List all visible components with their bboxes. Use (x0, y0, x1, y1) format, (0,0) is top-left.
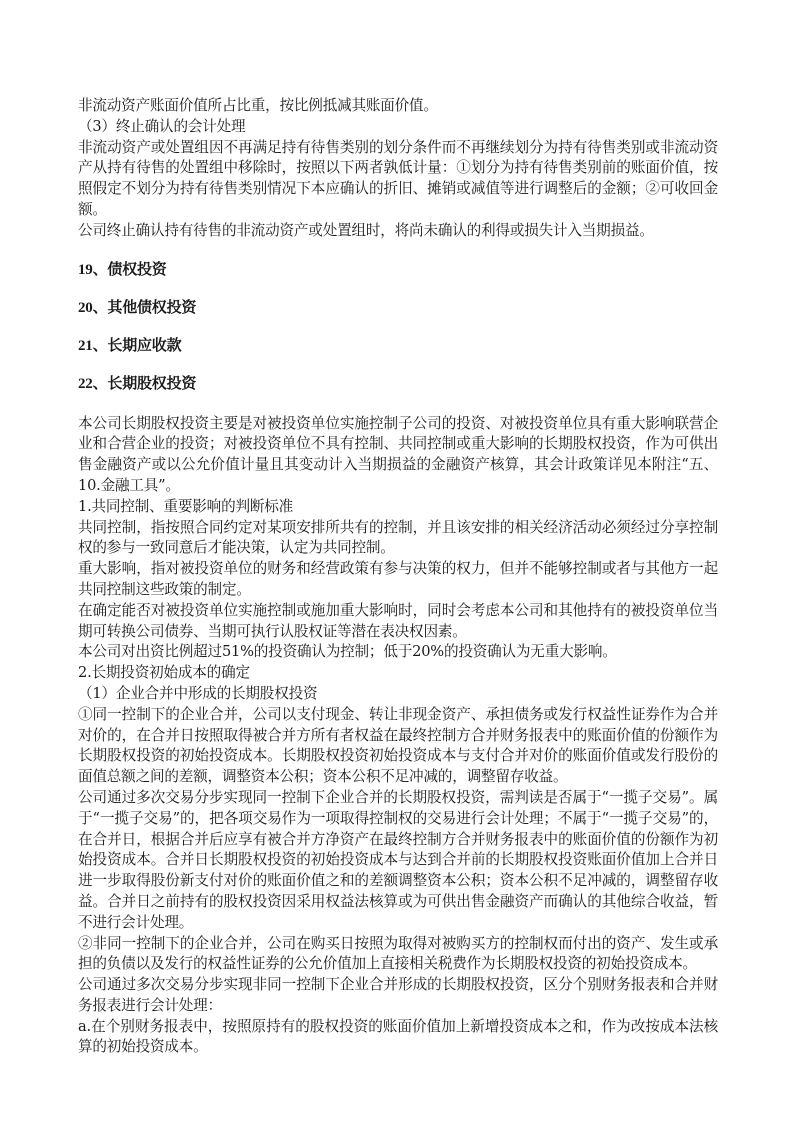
paragraph: 非流动资产账面价值所占比重，按比例抵减其账面价值。 (78, 96, 718, 117)
heading-long-term-equity-investment: 22、长期股权投资 (78, 374, 718, 394)
paragraph: 在确定能否对被投资单位实施控制或施加重大影响时，同时会考虑本公司和其他持有的被投… (78, 601, 718, 643)
heading-other-debt-investment: 20、其他债权投资 (78, 298, 718, 318)
heading-long-term-receivables: 21、长期应收款 (78, 336, 718, 356)
paragraph: 重大影响，指对被投资单位的财务和经营政策有参与决策的权力，但并不能够控制或者与其… (78, 559, 718, 601)
document-page: 非流动资产账面价值所占比重，按比例抵减其账面价值。 （3）终止确认的会计处理 非… (78, 96, 718, 1058)
paragraph: 非流动资产或处置组因不再满足持有待售类别的划分条件而不再继续划分为持有待售类别或… (78, 138, 718, 221)
subheading-business-combination: （1）企业合并中形成的长期股权投资 (78, 684, 718, 705)
paragraph: ①同一控制下的企业合并，公司以支付现金、转让非现金资产、承担债务或发行权益性证券… (78, 705, 718, 788)
subheading-initial-cost: 2.长期投资初始成本的确定 (78, 663, 718, 684)
paragraph: ②非同一控制下的企业合并，公司在购买日按照为取得对被购买方的控制权而付出的资产、… (78, 934, 718, 976)
paragraph: 公司终止确认持有待售的非流动资产或处置组时，将尚未确认的利得或损失计入当期损益。 (78, 221, 718, 242)
paragraph: 公司通过多次交易分步实现非同一控制下企业合并形成的长期股权投资，区分个别财务报表… (78, 975, 718, 1017)
subheading-judgment-criteria: 1.共同控制、重要影响的判断标准 (78, 497, 718, 518)
subheading-derecognition: （3）终止确认的会计处理 (78, 117, 718, 138)
paragraph: 共同控制，指按照合同约定对某项安排所共有的控制，并且该安排的相关经济活动必须经过… (78, 518, 718, 560)
paragraph: a.在个别财务报表中，按照原持有的股权投资的账面价值加上新增投资成本之和，作为改… (78, 1017, 718, 1059)
paragraph: 公司通过多次交易分步实现同一控制下企业合并的长期股权投资，需判读是否属于“一揽子… (78, 788, 718, 934)
heading-debt-investment: 19、债权投资 (78, 260, 718, 280)
paragraph: 本公司长期股权投资主要是对被投资单位实施控制子公司的投资、对被投资单位具有重大影… (78, 414, 718, 497)
paragraph: 本公司对出资比例超过51%的投资确认为控制；低于20%的投资确认为无重大影响。 (78, 642, 718, 663)
